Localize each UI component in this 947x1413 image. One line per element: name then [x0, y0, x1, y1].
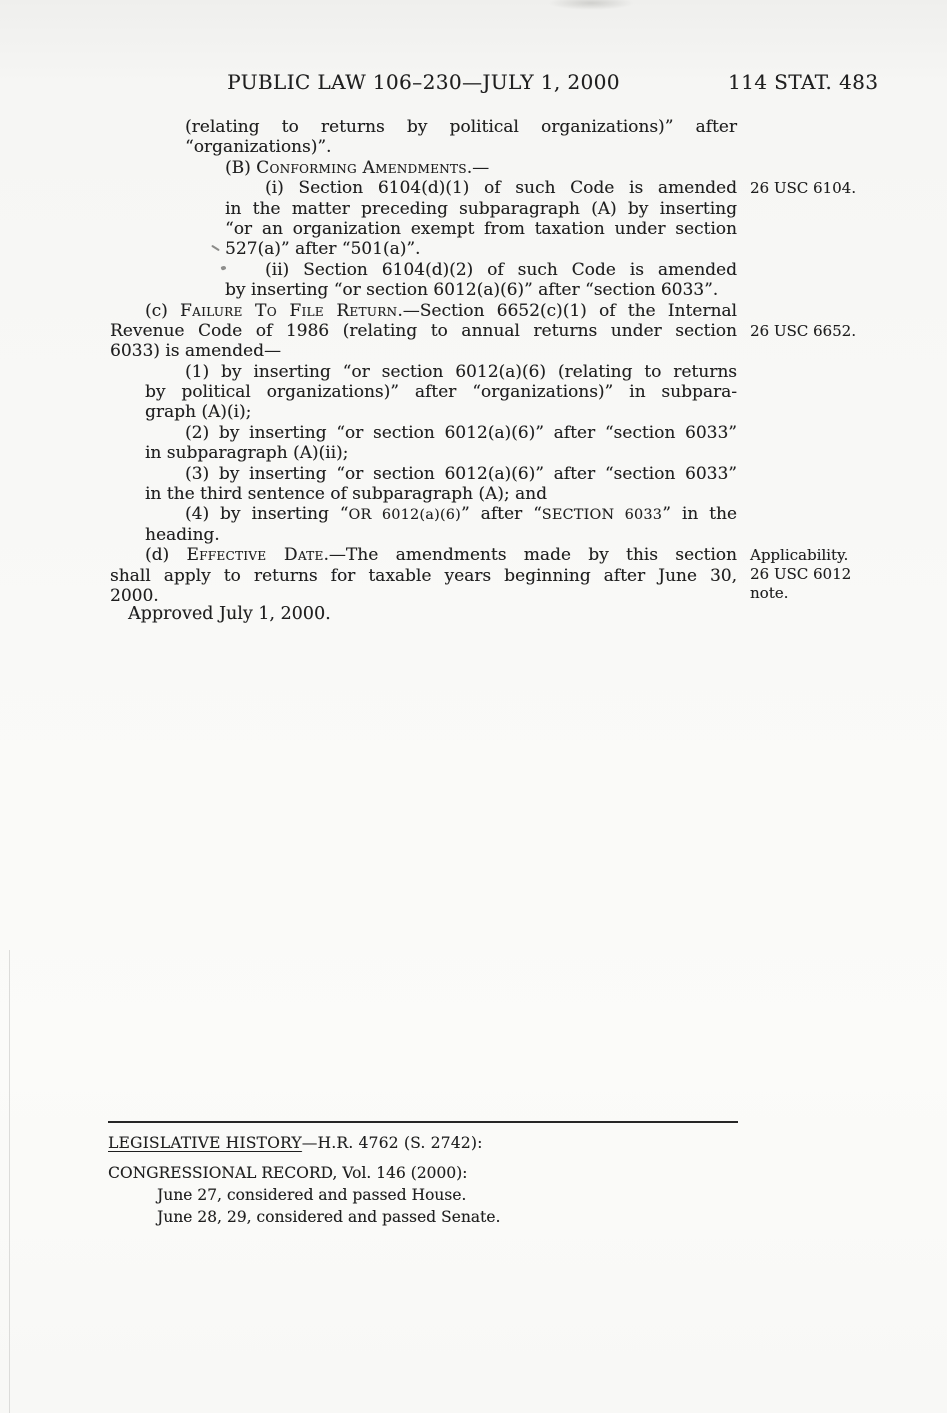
body-line: by political organizations)” after “orga… [110, 382, 737, 402]
body-run: in the matter preceding subparagraph (A)… [225, 199, 737, 219]
legislative-history-heading: LEGISLATIVE HISTORY—H.R. 4762 (S. 2742): [108, 1134, 738, 1152]
body-run: (B) [225, 158, 256, 178]
body-line: “organizations)”. [110, 137, 737, 157]
body-run: Revenue Code of 1986 (relating to annual… [110, 321, 737, 341]
body-line: heading. [110, 525, 737, 545]
body-line: (ii) Section 6104(d)(2) of such Code is … [110, 260, 737, 280]
body-run-cite: SECTION 6033 [542, 507, 662, 523]
body-line: (2) by inserting “or section 6012(a)(6)”… [110, 423, 737, 443]
body-run: ” after “ [461, 504, 542, 524]
body-run: in the third sentence of subparagraph (A… [145, 484, 547, 504]
body-run: in subparagraph (A)(ii); [145, 443, 348, 463]
scanned-statute-page: PUBLIC LAW 106–230—JULY 1, 2000 114 STAT… [0, 0, 947, 1413]
body-line: 6033) is amended— [110, 341, 737, 361]
body-line: (B) Conforming Amendments.— [110, 158, 737, 178]
record-item: June 28, 29, considered and passed Senat… [157, 1206, 738, 1228]
margin-note: 26 USC 6104. [750, 179, 900, 198]
body-line: in the matter preceding subparagraph (A)… [110, 199, 737, 219]
body-run: by inserting “or section 6012(a)(6)” aft… [225, 280, 718, 300]
body-run-sc: Effective Date [186, 545, 323, 565]
body-line: by inserting “or section 6012(a)(6)” aft… [110, 280, 737, 300]
body-line: shall apply to returns for taxable years… [110, 566, 737, 586]
body-run: .— [467, 158, 489, 178]
margin-note: Applicability.26 USC 6012note. [750, 546, 900, 603]
margin-note-line: Applicability. [750, 546, 900, 565]
body-run: “or an organization exempt from taxation… [225, 219, 737, 239]
page-header-stat-number: 114 STAT. 483 [728, 70, 878, 94]
body-run: (ii) Section 6104(d)(2) of such Code is … [265, 260, 737, 280]
body-run: .—Section 6652(c)(1) of the Internal [397, 301, 737, 321]
body-run-cite: OR 6012(a)(6) [348, 507, 461, 523]
body-line: “or an organization exempt from taxation… [110, 219, 737, 239]
body-run: (1) by inserting “or section 6012(a)(6) … [185, 362, 737, 382]
margin-note-line: note. [750, 584, 900, 603]
body-line: 527(a)” after “501(a)”. [110, 239, 737, 259]
body-line: (relating to returns by political organi… [110, 117, 737, 137]
body-run: heading. [145, 525, 220, 545]
body-run: (2) by inserting “or section 6012(a)(6)”… [185, 423, 737, 443]
approved-date-line: Approved July 1, 2000. [128, 604, 331, 624]
body-run: (relating to returns by political organi… [185, 117, 737, 137]
page-header-law-title: PUBLIC LAW 106–230—JULY 1, 2000 [110, 70, 737, 94]
margin-note: 26 USC 6652. [750, 322, 900, 341]
body-line: (4) by inserting “OR 6012(a)(6)” after “… [110, 504, 737, 524]
body-run: “organizations)”. [185, 137, 331, 157]
body-run: by political organizations)” after “orga… [145, 382, 737, 402]
body-run: (d) [145, 545, 186, 565]
legislative-history-heading-rest: —H.R. 4762 (S. 2742): [302, 1134, 483, 1152]
body-run: 6033) is amended— [110, 341, 281, 361]
congressional-record-items: June 27, considered and passed House.Jun… [157, 1184, 738, 1228]
body-line: (c) Failure To File Return.—Section 6652… [110, 301, 737, 321]
body-run: 527(a)” after “501(a)”. [225, 239, 420, 259]
margin-note-line: 26 USC 6652. [750, 322, 900, 341]
body-run: (3) by inserting “or section 6012(a)(6)”… [185, 464, 737, 484]
body-run: (4) by inserting “ [185, 504, 348, 524]
body-run: graph (A)(i); [145, 402, 251, 422]
body-line: (d) Effective Date.—The amendments made … [110, 545, 737, 565]
margin-note-line: 26 USC 6012 [750, 565, 900, 584]
body-line: Revenue Code of 1986 (relating to annual… [110, 321, 737, 341]
body-run-sc: Failure To File Return [180, 301, 397, 321]
body-run-sc: Conforming Amendments [256, 158, 467, 178]
scan-smudge [548, 0, 634, 10]
body-run: ” in the [662, 504, 737, 524]
body-run: .—The amendments made by this section [324, 545, 737, 565]
body-run: (c) [145, 301, 180, 321]
record-item: June 27, considered and passed House. [157, 1184, 738, 1206]
legislative-history-heading-underlined: LEGISLATIVE HISTORY [108, 1134, 302, 1152]
legislative-history-section: LEGISLATIVE HISTORY—H.R. 4762 (S. 2742):… [108, 1121, 738, 1228]
body-run: shall apply to returns for taxable years… [110, 566, 737, 586]
body-line: in the third sentence of subparagraph (A… [110, 484, 737, 504]
statute-body-text: (relating to returns by political organi… [110, 117, 737, 606]
body-line: (i) Section 6104(d)(1) of such Code is a… [110, 178, 737, 198]
body-line: graph (A)(i); [110, 402, 737, 422]
body-run: 2000. [110, 586, 159, 606]
body-line: (1) by inserting “or section 6012(a)(6) … [110, 362, 737, 382]
body-line: in subparagraph (A)(ii); [110, 443, 737, 463]
congressional-record-line: CONGRESSIONAL RECORD, Vol. 146 (2000): [108, 1164, 738, 1182]
margin-note-line: 26 USC 6104. [750, 179, 900, 198]
scan-edge-line [9, 950, 10, 1413]
body-run: (i) Section 6104(d)(1) of such Code is a… [265, 178, 737, 198]
body-line: (3) by inserting “or section 6012(a)(6)”… [110, 464, 737, 484]
